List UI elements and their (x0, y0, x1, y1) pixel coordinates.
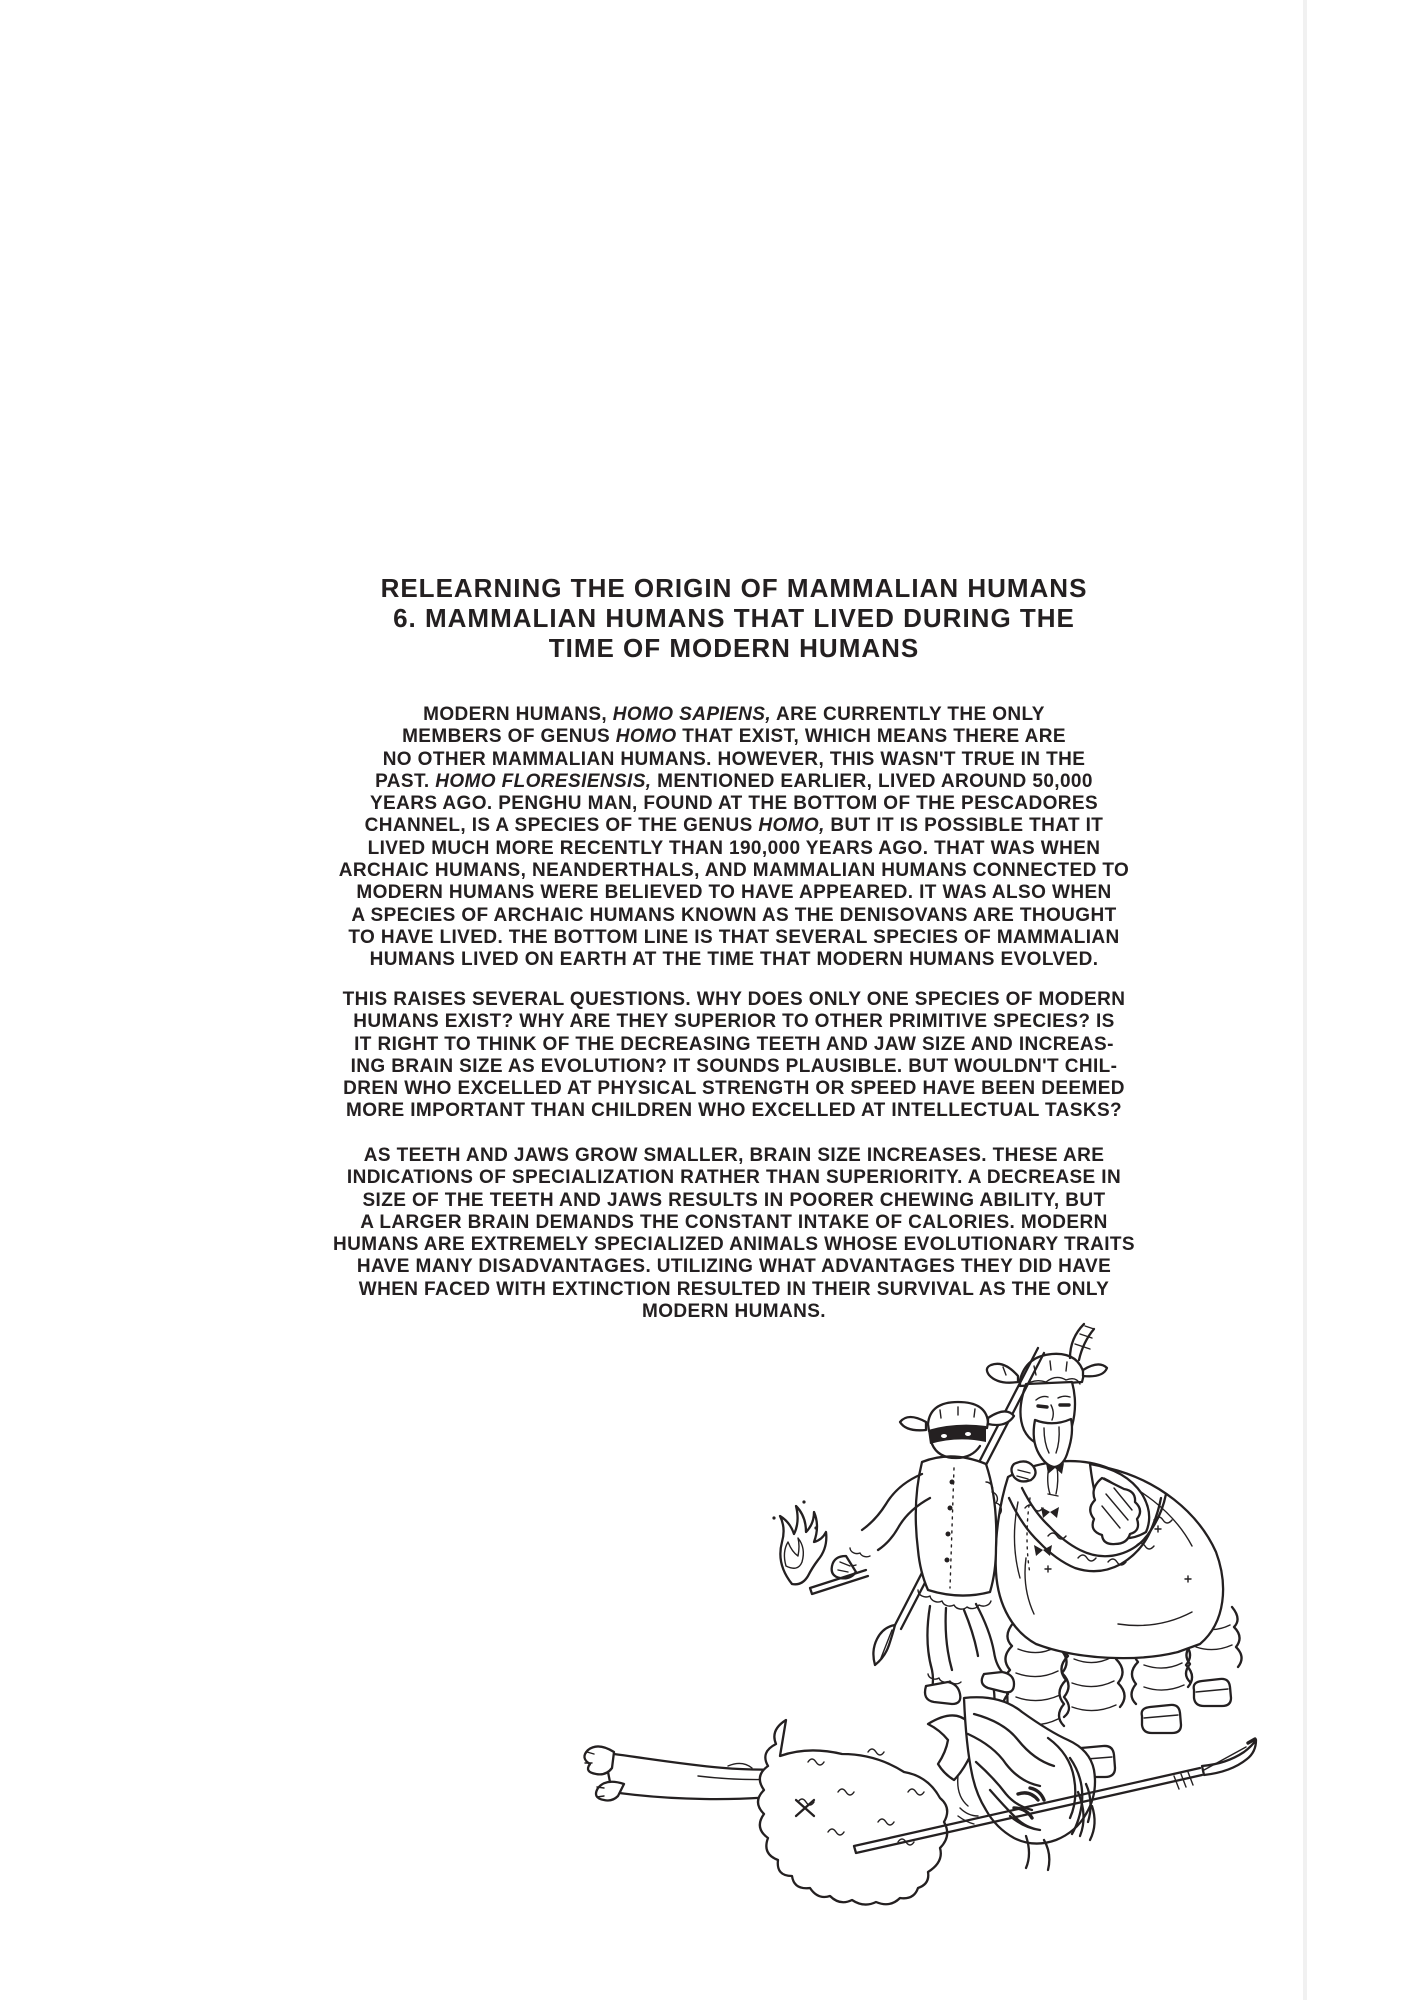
text-line: MORE IMPORTANT THAN CHILDREN WHO EXCELLE… (294, 1100, 1174, 1122)
text-line: HUMANS ARE EXTREMELY SPECIALIZED ANIMALS… (294, 1234, 1174, 1256)
manga-page: { "page": { "ink_color": "#242021", "pap… (0, 0, 1424, 2000)
text-line: WHEN FACED WITH EXTINCTION RESULTED IN T… (294, 1279, 1174, 1301)
text-line: CHANNEL, IS A SPECIES OF THE GENUS HOMO,… (294, 815, 1174, 837)
title-line: RELEARNING THE ORIGIN OF MAMMALIAN HUMAN… (294, 573, 1174, 603)
hunter-foot (982, 1672, 1014, 1692)
text-line: IT RIGHT TO THINK OF THE DECREASING TEET… (294, 1034, 1174, 1056)
text-line: NO OTHER MAMMALIAN HUMANS. HOWEVER, THIS… (294, 749, 1174, 771)
text-line: ING BRAIN SIZE AS EVOLUTION? IT SOUNDS P… (294, 1056, 1174, 1078)
spearhead-ground (1202, 1740, 1256, 1775)
fallen-primitive-human (584, 1697, 1095, 1904)
text-line: SIZE OF THE TEETH AND JAWS RESULTS IN PO… (294, 1190, 1174, 1212)
paragraph: THIS RAISES SEVERAL QUESTIONS. WHY DOES … (294, 989, 1174, 1123)
manga-illustration (578, 1322, 1278, 1982)
fur-cloak-body (758, 1720, 947, 1905)
text-line: MODERN HUMANS WERE BELIEVED TO HAVE APPE… (294, 882, 1174, 904)
text-line: MODERN HUMANS. (294, 1301, 1174, 1323)
text-line: A LARGER BRAIN DEMANDS THE CONSTANT INTA… (294, 1212, 1174, 1234)
text-line: HAVE MANY DISADVANTAGES. UTILIZING WHAT … (294, 1256, 1174, 1278)
text-line: HUMANS LIVED ON EARTH AT THE TIME THAT M… (294, 949, 1174, 971)
torch-flame (772, 1500, 826, 1584)
text-line: ARCHAIC HUMANS, NEANDERTHALS, AND MAMMAL… (294, 860, 1174, 882)
paragraph: AS TEETH AND JAWS GROW SMALLER, BRAIN SI… (294, 1145, 1174, 1323)
hunter-legs (925, 1604, 1014, 1704)
fallen-foot (584, 1746, 614, 1774)
text-line: MEMBERS OF GENUS HOMO THAT EXIST, WHICH … (294, 726, 1174, 748)
text-line: HUMANS EXIST? WHY ARE THEY SUPERIOR TO O… (294, 1011, 1174, 1033)
text-line: INDICATIONS OF SPECIALIZATION RATHER THA… (294, 1167, 1174, 1189)
page-edge-line (1303, 0, 1307, 2000)
hunter-vest (916, 1456, 997, 1595)
beard (1034, 1419, 1072, 1467)
title-line: TIME OF MODERN HUMANS (294, 633, 1174, 663)
curved-horn (1070, 1324, 1094, 1360)
text-line: A SPECIES OF ARCHAIC HUMANS KNOWN AS THE… (294, 905, 1174, 927)
hunter-boot (925, 1682, 960, 1704)
ear-horn-right (1083, 1364, 1107, 1376)
text-line: LIVED MUCH MORE RECENTLY THAN 190,000 YE… (294, 838, 1174, 860)
fallen-foot (596, 1782, 624, 1801)
text-line: PAST. HOMO FLORESIENSIS, MENTIONED EARLI… (294, 771, 1174, 793)
paragraph: MODERN HUMANS, HOMO SAPIENS, ARE CURRENT… (294, 704, 1174, 972)
text-line: YEARS AGO. PENGHU MAN, FOUND AT THE BOTT… (294, 793, 1174, 815)
text-line: MODERN HUMANS, HOMO SAPIENS, ARE CURRENT… (294, 704, 1174, 726)
chapter-title: RELEARNING THE ORIGIN OF MAMMALIAN HUMAN… (294, 573, 1174, 663)
hunter-horn-right (988, 1411, 1014, 1425)
text-line: TO HAVE LIVED. THE BOTTOM LINE IS THAT S… (294, 927, 1174, 949)
text-line: THIS RAISES SEVERAL QUESTIONS. WHY DOES … (294, 989, 1174, 1011)
text-line: DREN WHO EXCELLED AT PHYSICAL STRENGTH O… (294, 1078, 1174, 1100)
text-line: AS TEETH AND JAWS GROW SMALLER, BRAIN SI… (294, 1145, 1174, 1167)
title-line: 6. MAMMALIAN HUMANS THAT LIVED DURING TH… (294, 603, 1174, 633)
hunter-horn-left (900, 1417, 926, 1430)
